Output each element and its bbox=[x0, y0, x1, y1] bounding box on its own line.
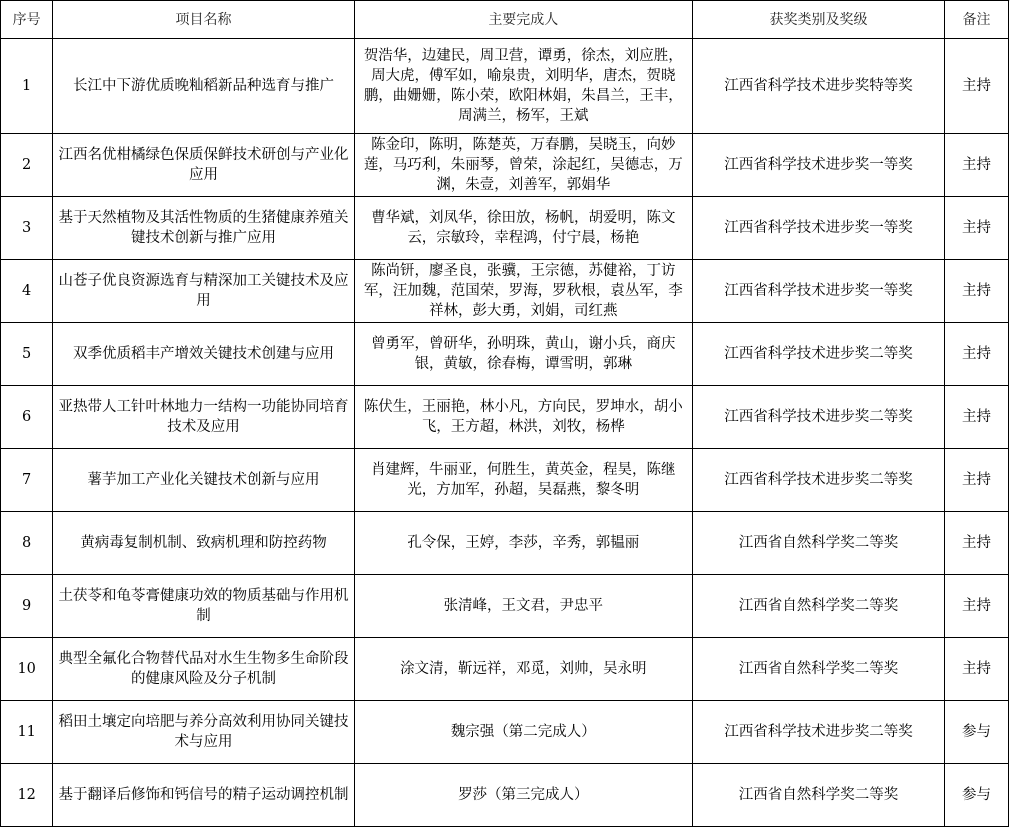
cell-project: 基于翻译后修饰和钙信号的精子运动调控机制 bbox=[53, 764, 354, 827]
cell-people: 曾勇军，曾研华，孙明珠，黄山，谢小兵，商庆银，黄敏，徐春梅，谭雪明，郭琳 bbox=[354, 323, 692, 386]
cell-no: 11 bbox=[1, 701, 53, 764]
cell-people: 贺浩华，边建民，周卫营，谭勇，徐杰，刘应胜，周大虎，傅军如，喻泉贵，刘明华，唐杰… bbox=[354, 39, 692, 134]
cell-award: 江西省科学技术进步奖二等奖 bbox=[692, 386, 944, 449]
table-row: 8 黄病毒复制机制、致病机理和防控药物 孔令保，王婷，李莎，辛秀，郭韫丽 江西省… bbox=[1, 512, 1009, 575]
cell-award: 江西省自然科学奖二等奖 bbox=[692, 512, 944, 575]
table-row: 2 江西名优柑橘绿色保质保鲜技术研创与产业化应用 陈金印，陈明，陈楚英，万春鹏，… bbox=[1, 134, 1009, 197]
cell-project: 双季优质稻丰产增效关键技术创建与应用 bbox=[53, 323, 354, 386]
cell-no: 6 bbox=[1, 386, 53, 449]
cell-note: 主持 bbox=[945, 512, 1009, 575]
cell-award: 江西省科学技术进步奖特等奖 bbox=[692, 39, 944, 134]
cell-award: 江西省科学技术进步奖二等奖 bbox=[692, 449, 944, 512]
cell-note: 主持 bbox=[945, 197, 1009, 260]
cell-project: 薯芋加工产业化关键技术创新与应用 bbox=[53, 449, 354, 512]
cell-no: 9 bbox=[1, 575, 53, 638]
cell-project: 山苍子优良资源选育与精深加工关键技术及应用 bbox=[53, 260, 354, 323]
table-row: 12 基于翻译后修饰和钙信号的精子运动调控机制 罗莎（第三完成人） 江西省自然科… bbox=[1, 764, 1009, 827]
cell-people: 张清峰，王文君，尹忠平 bbox=[354, 575, 692, 638]
cell-no: 10 bbox=[1, 638, 53, 701]
cell-no: 1 bbox=[1, 39, 53, 134]
cell-note: 主持 bbox=[945, 638, 1009, 701]
header-project: 项目名称 bbox=[53, 1, 354, 39]
cell-note: 主持 bbox=[945, 39, 1009, 134]
cell-note: 主持 bbox=[945, 134, 1009, 197]
cell-project: 土茯苓和龟苓膏健康功效的物质基础与作用机制 bbox=[53, 575, 354, 638]
cell-people: 涂文清，靳远祥，邓觅，刘帅，吴永明 bbox=[354, 638, 692, 701]
cell-no: 12 bbox=[1, 764, 53, 827]
header-people: 主要完成人 bbox=[354, 1, 692, 39]
cell-people: 陈金印，陈明，陈楚英，万春鹏，吴晓玉，向妙莲，马巧利，朱丽琴，曾荣，涂起红，吴德… bbox=[354, 134, 692, 197]
award-table: 序号 项目名称 主要完成人 获奖类别及奖级 备注 1 长江中下游优质晚籼稻新品种… bbox=[0, 0, 1009, 827]
header-award: 获奖类别及奖级 bbox=[692, 1, 944, 39]
table-row: 3 基于天然植物及其活性物质的生猪健康养殖关键技术创新与推广应用 曹华斌，刘凤华… bbox=[1, 197, 1009, 260]
cell-note: 主持 bbox=[945, 260, 1009, 323]
cell-no: 2 bbox=[1, 134, 53, 197]
cell-award: 江西省科学技术进步奖二等奖 bbox=[692, 701, 944, 764]
cell-award: 江西省科学技术进步奖一等奖 bbox=[692, 260, 944, 323]
cell-project: 江西名优柑橘绿色保质保鲜技术研创与产业化应用 bbox=[53, 134, 354, 197]
cell-no: 3 bbox=[1, 197, 53, 260]
cell-people: 陈尚钘，廖圣良，张骥，王宗德，苏健裕，丁访军，汪加魏，范国荣，罗海，罗秋根，袁丛… bbox=[354, 260, 692, 323]
cell-people: 罗莎（第三完成人） bbox=[354, 764, 692, 827]
cell-project: 基于天然植物及其活性物质的生猪健康养殖关键技术创新与推广应用 bbox=[53, 197, 354, 260]
cell-people: 孔令保，王婷，李莎，辛秀，郭韫丽 bbox=[354, 512, 692, 575]
cell-award: 江西省科学技术进步奖一等奖 bbox=[692, 197, 944, 260]
cell-project: 黄病毒复制机制、致病机理和防控药物 bbox=[53, 512, 354, 575]
cell-people: 陈伏生，王丽艳，林小凡，方向民，罗坤水，胡小飞，王方超，林洪，刘牧，杨桦 bbox=[354, 386, 692, 449]
table-row: 4 山苍子优良资源选育与精深加工关键技术及应用 陈尚钘，廖圣良，张骥，王宗德，苏… bbox=[1, 260, 1009, 323]
cell-no: 8 bbox=[1, 512, 53, 575]
cell-project: 亚热带人工针叶林地力一结构一功能协同培育技术及应用 bbox=[53, 386, 354, 449]
cell-people: 肖建辉，牛丽亚，何胜生，黄英金，程昊，陈继光，方加军，孙超，吴磊燕，黎冬明 bbox=[354, 449, 692, 512]
cell-award: 江西省自然科学奖二等奖 bbox=[692, 764, 944, 827]
cell-note: 主持 bbox=[945, 323, 1009, 386]
cell-award: 江西省自然科学奖二等奖 bbox=[692, 638, 944, 701]
cell-project: 典型全氟化合物替代品对水生生物多生命阶段的健康风险及分子机制 bbox=[53, 638, 354, 701]
cell-project: 长江中下游优质晚籼稻新品种选育与推广 bbox=[53, 39, 354, 134]
header-no: 序号 bbox=[1, 1, 53, 39]
table-row: 10 典型全氟化合物替代品对水生生物多生命阶段的健康风险及分子机制 涂文清，靳远… bbox=[1, 638, 1009, 701]
table-row: 1 长江中下游优质晚籼稻新品种选育与推广 贺浩华，边建民，周卫营，谭勇，徐杰，刘… bbox=[1, 39, 1009, 134]
cell-no: 4 bbox=[1, 260, 53, 323]
cell-award: 江西省自然科学奖二等奖 bbox=[692, 575, 944, 638]
cell-people: 魏宗强（第二完成人） bbox=[354, 701, 692, 764]
cell-award: 江西省科学技术进步奖二等奖 bbox=[692, 323, 944, 386]
table-row: 7 薯芋加工产业化关键技术创新与应用 肖建辉，牛丽亚，何胜生，黄英金，程昊，陈继… bbox=[1, 449, 1009, 512]
cell-no: 5 bbox=[1, 323, 53, 386]
header-row: 序号 项目名称 主要完成人 获奖类别及奖级 备注 bbox=[1, 1, 1009, 39]
table-row: 5 双季优质稻丰产增效关键技术创建与应用 曾勇军，曾研华，孙明珠，黄山，谢小兵，… bbox=[1, 323, 1009, 386]
cell-note: 参与 bbox=[945, 764, 1009, 827]
table-row: 11 稻田土壤定向培肥与养分高效利用协同关键技术与应用 魏宗强（第二完成人） 江… bbox=[1, 701, 1009, 764]
table-row: 6 亚热带人工针叶林地力一结构一功能协同培育技术及应用 陈伏生，王丽艳，林小凡，… bbox=[1, 386, 1009, 449]
cell-note: 主持 bbox=[945, 575, 1009, 638]
header-note: 备注 bbox=[945, 1, 1009, 39]
table-row: 9 土茯苓和龟苓膏健康功效的物质基础与作用机制 张清峰，王文君，尹忠平 江西省自… bbox=[1, 575, 1009, 638]
cell-note: 参与 bbox=[945, 701, 1009, 764]
cell-no: 7 bbox=[1, 449, 53, 512]
cell-award: 江西省科学技术进步奖一等奖 bbox=[692, 134, 944, 197]
cell-project: 稻田土壤定向培肥与养分高效利用协同关键技术与应用 bbox=[53, 701, 354, 764]
cell-people: 曹华斌，刘凤华，徐田放，杨帆，胡爱明，陈文云，宗敏玲，幸程鸿，付宁晨，杨艳 bbox=[354, 197, 692, 260]
cell-note: 主持 bbox=[945, 449, 1009, 512]
cell-note: 主持 bbox=[945, 386, 1009, 449]
